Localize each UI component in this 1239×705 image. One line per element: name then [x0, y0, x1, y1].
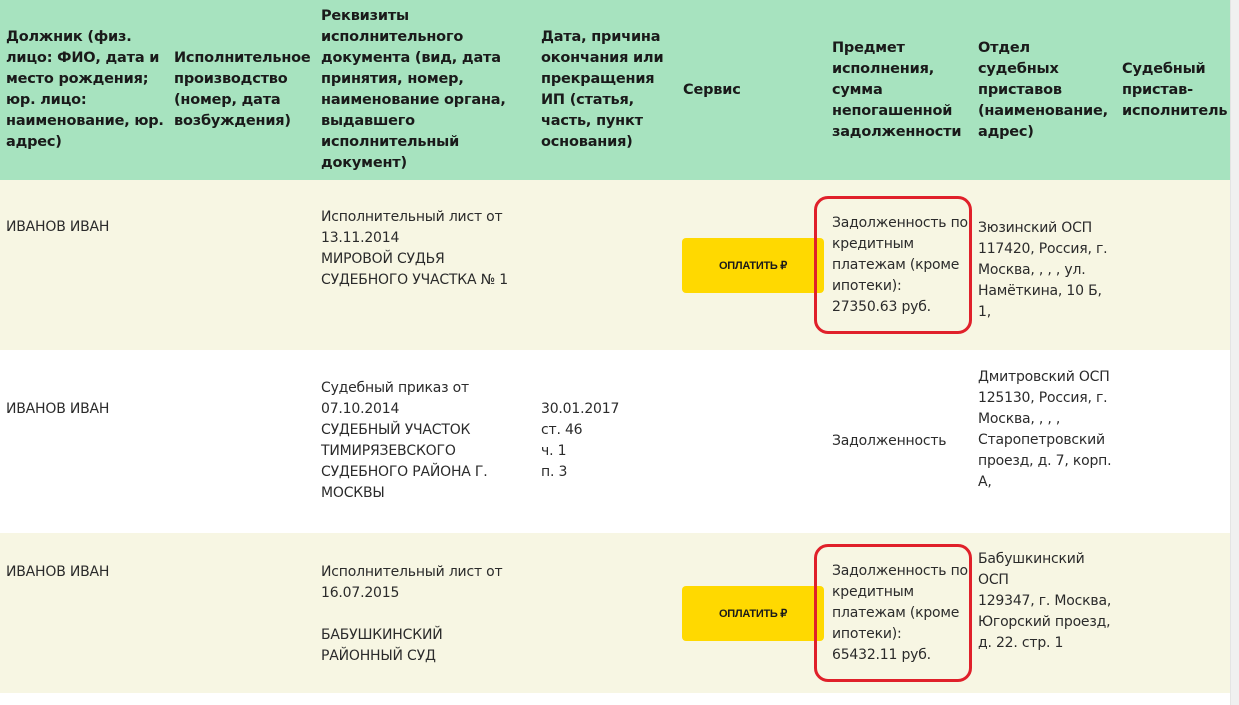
cell-bailiff: [1116, 350, 1230, 533]
cell-end-reason: [535, 533, 677, 693]
header-debtor: Должник (физ. лицо: ФИО, дата и место ро…: [0, 0, 168, 180]
cell-end-reason: 30.01.2017 ст. 46 ч. 1 п. 3: [535, 350, 677, 533]
debt-highlight-box: Задолженность по кредитным платежам (кро…: [832, 213, 968, 318]
cell-document: Исполнительный лист от 13.11.2014 МИРОВО…: [315, 180, 535, 350]
cell-service: [677, 350, 826, 533]
cell-end-reason: [535, 180, 677, 350]
cell-subject: Задолженность по кредитным платежам (кро…: [826, 180, 972, 350]
cell-bailiff: [1116, 533, 1230, 693]
header-proceeding: Исполнительное производство (номер, дата…: [168, 0, 315, 180]
header-end-reason: Дата, причина окончания или прекращения …: [535, 0, 677, 180]
cell-subject: Задолженность по кредитным платежам (кро…: [826, 533, 972, 693]
header-row: Должник (физ. лицо: ФИО, дата и место ро…: [0, 0, 1230, 180]
cell-department: Зюзинский ОСП 117420, Россия, г. Москва,…: [972, 180, 1116, 350]
cell-debtor: ИВАНОВ ИВАН: [0, 350, 168, 533]
cell-proceeding: [168, 533, 315, 693]
header-department: Отдел судебных приставов (наименование, …: [972, 0, 1116, 180]
pay-button[interactable]: ОПЛАТИТЬ ₽: [682, 238, 824, 293]
cell-proceeding: [168, 180, 315, 350]
vertical-scrollbar[interactable]: [1230, 0, 1239, 705]
cell-department: Бабушкинский ОСП 129347, г. Москва, Югор…: [972, 533, 1116, 693]
pay-button[interactable]: ОПЛАТИТЬ ₽: [682, 586, 824, 641]
enforcement-proceedings-table: Должник (физ. лицо: ФИО, дата и место ро…: [0, 0, 1230, 693]
table-row: ИВАНОВ ИВАН Исполнительный лист от 16.07…: [0, 533, 1230, 693]
table-row: ИВАНОВ ИВАН Исполнительный лист от 13.11…: [0, 180, 1230, 350]
header-document: Реквизиты исполнительного документа (вид…: [315, 0, 535, 180]
table-header: Должник (физ. лицо: ФИО, дата и место ро…: [0, 0, 1230, 180]
cell-department: Дмитровский ОСП 125130, Россия, г. Москв…: [972, 350, 1116, 533]
enforcement-proceedings-table-wrapper: Должник (физ. лицо: ФИО, дата и место ро…: [0, 0, 1230, 693]
header-subject: Предмет исполнения, сумма непогашенной з…: [826, 0, 972, 180]
header-service: Сервис: [677, 0, 826, 180]
cell-bailiff: [1116, 180, 1230, 350]
table-row: ИВАНОВ ИВАН Судебный приказ от 07.10.201…: [0, 350, 1230, 533]
cell-document: Судебный приказ от 07.10.2014 СУДЕБНЫЙ У…: [315, 350, 535, 533]
cell-service: ОПЛАТИТЬ ₽: [677, 533, 826, 693]
debt-text: Задолженность: [832, 431, 968, 452]
cell-debtor: ИВАНОВ ИВАН: [0, 533, 168, 693]
cell-subject: Задолженность: [826, 350, 972, 533]
header-bailiff: Судебный пристав-исполнитель: [1116, 0, 1230, 180]
cell-debtor: ИВАНОВ ИВАН: [0, 180, 168, 350]
table-body: ИВАНОВ ИВАН Исполнительный лист от 13.11…: [0, 180, 1230, 693]
debt-highlight-box: Задолженность по кредитным платежам (кро…: [832, 561, 968, 666]
cell-service: ОПЛАТИТЬ ₽: [677, 180, 826, 350]
cell-document: Исполнительный лист от 16.07.2015 БАБУШК…: [315, 533, 535, 693]
cell-proceeding: [168, 350, 315, 533]
